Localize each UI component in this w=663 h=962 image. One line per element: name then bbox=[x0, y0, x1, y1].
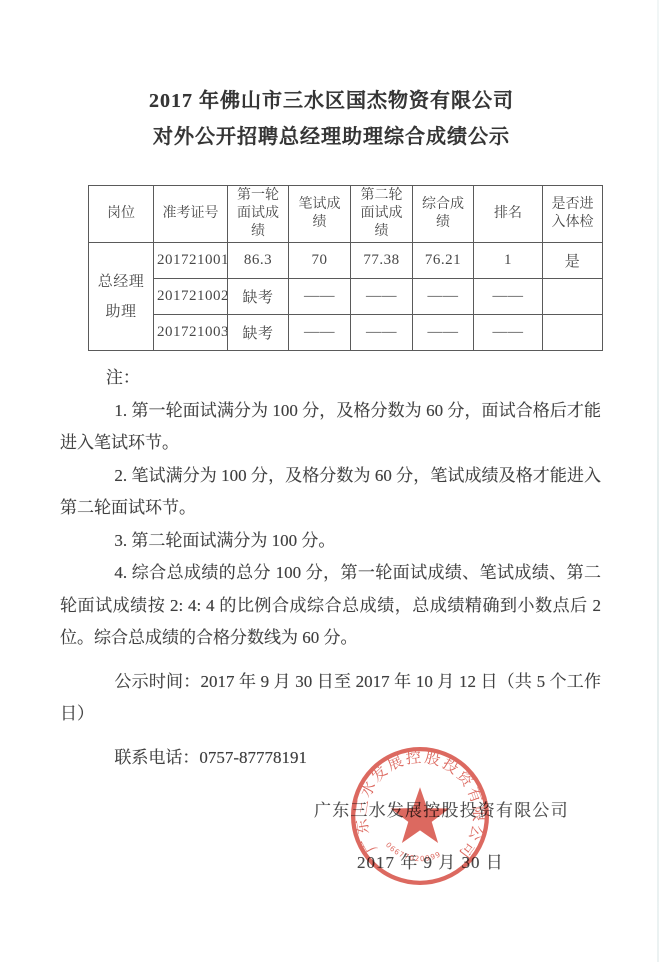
cell-physical bbox=[543, 279, 603, 315]
position-cell: 总经理 助理 bbox=[89, 243, 154, 351]
seal-code-text: 06677020999 bbox=[384, 840, 443, 863]
table-row: 201721002 缺考 —— —— —— —— bbox=[89, 279, 603, 315]
notes-section: 注： 1. 第一轮面试满分为 100 分，及格分数为 60 分，面试合格后才能进… bbox=[60, 362, 601, 774]
cell-round2: —— bbox=[351, 279, 413, 315]
cell-exam-id: 201721002 bbox=[154, 279, 228, 315]
header-round2-score: 第二轮面试成绩 bbox=[351, 186, 413, 243]
header-written-score: 笔试成绩 bbox=[289, 186, 351, 243]
header-rank: 排名 bbox=[474, 186, 543, 243]
cell-round2: 77.38 bbox=[351, 243, 413, 279]
cell-rank: —— bbox=[474, 315, 543, 351]
note-item-3: 3. 第二轮面试满分为 100 分。 bbox=[60, 525, 601, 558]
note-item-1: 1. 第一轮面试满分为 100 分，及格分数为 60 分，面试合格后才能进入笔试… bbox=[60, 395, 601, 460]
header-round1-score: 第一轮面试成绩 bbox=[228, 186, 289, 243]
cell-round1: 86.3 bbox=[228, 243, 289, 279]
score-table: 岗位 准考证号 第一轮面试成绩 笔试成绩 第二轮面试成绩 综合成绩 排名 是否进… bbox=[88, 185, 603, 351]
table-row: 201721003 缺考 —— —— —— —— bbox=[89, 315, 603, 351]
cell-written: 70 bbox=[289, 243, 351, 279]
company-seal-stamp: 广东三水发展控股投资有限公司 06677020999 bbox=[348, 744, 492, 888]
cell-round2: —— bbox=[351, 315, 413, 351]
header-exam-id: 准考证号 bbox=[154, 186, 228, 243]
cell-composite: —— bbox=[413, 315, 474, 351]
publicity-period: 公示时间：2017 年 9 月 30 日至 2017 年 10 月 12 日（共… bbox=[60, 666, 601, 731]
cell-physical bbox=[543, 315, 603, 351]
position-line1: 总经理 bbox=[98, 274, 145, 290]
cell-composite: 76.21 bbox=[413, 243, 474, 279]
seal-star-icon bbox=[391, 787, 450, 843]
header-position: 岗位 bbox=[89, 186, 154, 243]
document-title-line1: 2017 年佛山市三水区国杰物资有限公司 bbox=[0, 84, 663, 113]
table-row: 总经理 助理 201721001 86.3 70 77.38 76.21 1 是 bbox=[89, 243, 603, 279]
header-composite-score: 综合成绩 bbox=[413, 186, 474, 243]
cell-composite: —— bbox=[413, 279, 474, 315]
cell-written: —— bbox=[289, 279, 351, 315]
position-line2: 助理 bbox=[105, 304, 136, 320]
note-item-2: 2. 笔试满分为 100 分，及格分数为 60 分，笔试成绩及格才能进入第二轮面… bbox=[60, 460, 601, 525]
cell-round1: 缺考 bbox=[228, 315, 289, 351]
document-title-line2: 对外公开招聘总经理助理综合成绩公示 bbox=[0, 120, 663, 149]
table-header-row: 岗位 准考证号 第一轮面试成绩 笔试成绩 第二轮面试成绩 综合成绩 排名 是否进… bbox=[89, 186, 603, 243]
document-page: 2017 年佛山市三水区国杰物资有限公司 对外公开招聘总经理助理综合成绩公示 岗… bbox=[0, 0, 663, 962]
note-item-4: 4. 综合总成绩的总分 100 分，第一轮面试成绩、笔试成绩、第二轮面试成绩按 … bbox=[60, 557, 601, 655]
cell-written: —— bbox=[289, 315, 351, 351]
notes-label: 注： bbox=[60, 362, 601, 395]
cell-exam-id: 201721003 bbox=[154, 315, 228, 351]
header-physical-exam: 是否进入体检 bbox=[543, 186, 603, 243]
cell-exam-id: 201721001 bbox=[154, 243, 228, 279]
cell-rank: —— bbox=[474, 279, 543, 315]
cell-round1: 缺考 bbox=[228, 279, 289, 315]
cell-physical: 是 bbox=[543, 243, 603, 279]
contact-phone: 联系电话：0757-87778191 bbox=[60, 742, 601, 775]
cell-rank: 1 bbox=[474, 243, 543, 279]
